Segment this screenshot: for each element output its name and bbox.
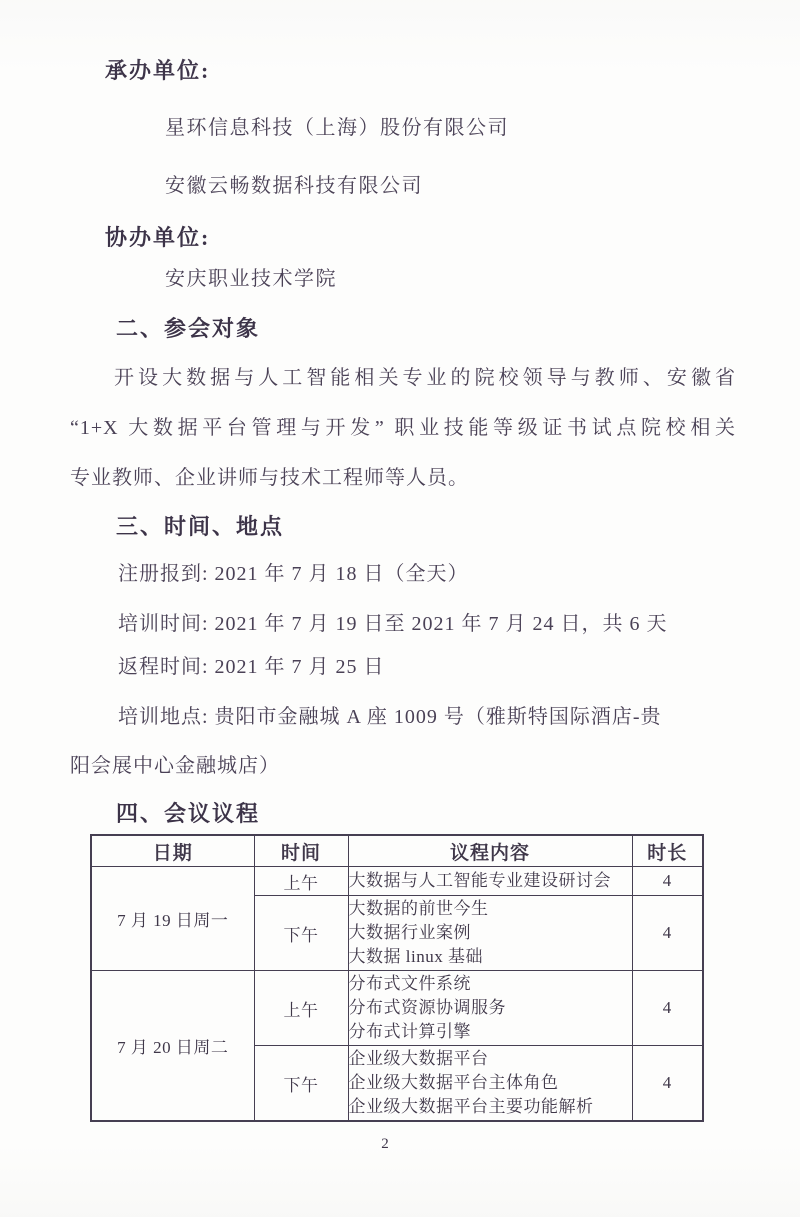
agenda-header-duration: 时长 (632, 835, 703, 867)
section-title-attendees: 二、参会对象 (116, 314, 736, 343)
host-unit-item: 安徽云畅数据科技有限公司 (165, 173, 736, 199)
agenda-content-cell: 大数据与人工智能专业建设研讨会 (348, 867, 632, 896)
agenda-time-cell: 上午 (254, 867, 348, 896)
agenda-content-cell: 大数据的前世今生 大数据行业案例 大数据 linux 基础 (348, 896, 632, 971)
agenda-time-cell: 下午 (254, 1046, 348, 1122)
agenda-item: 企业级大数据平台 (349, 1047, 632, 1071)
agenda-date-cell: 7 月 20 日周二 (91, 971, 254, 1122)
agenda-date-cell: 7 月 19 日周一 (91, 867, 254, 971)
agenda-duration-cell: 4 (632, 1046, 703, 1122)
section-title-agenda: 四、会议议程 (116, 799, 736, 828)
document-page: 承办单位: 星环信息科技（上海）股份有限公司 安徽云畅数据科技有限公司 协办单位… (0, 0, 800, 1217)
agenda-content-cell: 企业级大数据平台 企业级大数据平台主体角色 企业级大数据平台主要功能解析 (348, 1046, 632, 1122)
section-title-schedule: 三、时间、地点 (116, 512, 736, 541)
attendees-paragraph-line: 开设大数据与人工智能相关专业的院校领导与教师、安徽省 (70, 365, 736, 391)
agenda-row: 7 月 19 日周一 上午 大数据与人工智能专业建设研讨会 4 (91, 867, 703, 896)
agenda-item: 分布式资源协调服务 (349, 996, 632, 1020)
attendees-paragraph-line: “1+X 大数据平台管理与开发” 职业技能等级证书试点院校相关 (70, 415, 736, 441)
agenda-header-row: 日期 时间 议程内容 时长 (91, 835, 703, 867)
co-host-unit-label: 协办单位: (105, 223, 736, 252)
agenda-header-time: 时间 (254, 835, 348, 867)
agenda-item: 大数据行业案例 (349, 921, 632, 945)
schedule-line-training-time: 培训时间: 2021 年 7 月 19 日至 2021 年 7 月 24 日，共… (118, 611, 736, 637)
agenda-content-cell: 分布式文件系统 分布式资源协调服务 分布式计算引擎 (348, 971, 632, 1046)
agenda-duration-cell: 4 (632, 896, 703, 971)
agenda-item: 大数据 linux 基础 (349, 945, 632, 969)
agenda-time-cell: 上午 (254, 971, 348, 1046)
co-host-unit-item: 安庆职业技术学院 (165, 266, 736, 292)
agenda-header-content: 议程内容 (348, 835, 632, 867)
agenda-item: 分布式计算引擎 (349, 1020, 632, 1044)
agenda-duration-cell: 4 (632, 971, 703, 1046)
agenda-item: 企业级大数据平台主要功能解析 (349, 1095, 632, 1119)
agenda-item: 大数据与人工智能专业建设研讨会 (349, 869, 632, 893)
agenda-duration-cell: 4 (632, 867, 703, 896)
host-unit-item: 星环信息科技（上海）股份有限公司 (165, 115, 736, 141)
agenda-item: 企业级大数据平台主体角色 (349, 1071, 632, 1095)
agenda-item: 分布式文件系统 (349, 972, 632, 996)
page-number: 2 (0, 1136, 770, 1153)
agenda-row: 7 月 20 日周二 上午 分布式文件系统 分布式资源协调服务 分布式计算引擎 … (91, 971, 703, 1046)
agenda-item: 大数据的前世今生 (349, 897, 632, 921)
schedule-line-registration: 注册报到: 2021 年 7 月 18 日（全天） (118, 561, 736, 587)
agenda-header-date: 日期 (91, 835, 254, 867)
host-unit-label: 承办单位: (105, 56, 736, 85)
agenda-time-cell: 下午 (254, 896, 348, 971)
schedule-line-location: 培训地点: 贵阳市金融城 A 座 1009 号（雅斯特国际酒店-贵 (118, 704, 736, 730)
schedule-line-location-wrap: 阳会展中心金融城店） (70, 753, 736, 779)
agenda-table: 日期 时间 议程内容 时长 7 月 19 日周一 上午 大数据与人工智能专业建设… (90, 834, 704, 1122)
attendees-paragraph-line: 专业教师、企业讲师与技术工程师等人员。 (70, 465, 736, 491)
schedule-line-return-time: 返程时间: 2021 年 7 月 25 日 (118, 654, 736, 680)
